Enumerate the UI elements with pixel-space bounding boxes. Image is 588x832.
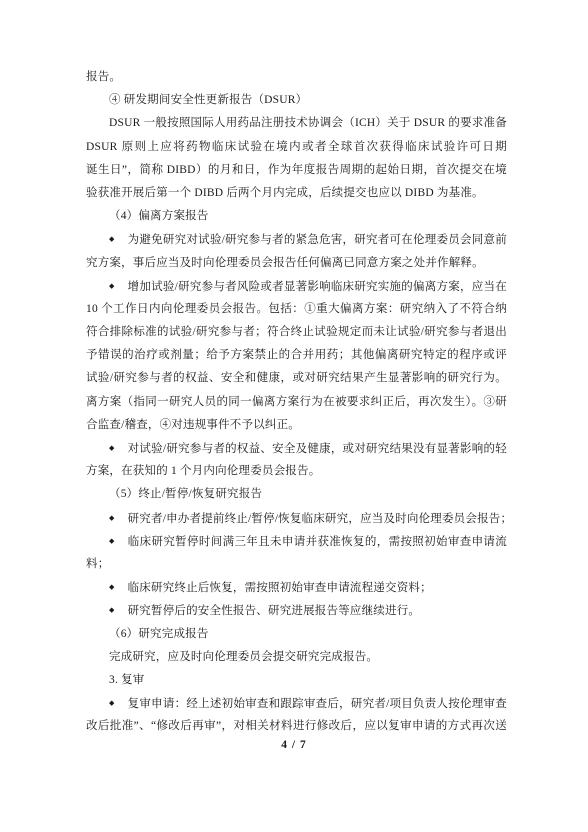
doc-line-text: 对试验/研究参与者的权益、安全及健康，或对研究结果没有显著影响的轻微偏离 xyxy=(86,443,507,460)
doc-line: ◆研究暂停后的安全性报告、研究进展报告等应继续进行。 xyxy=(86,599,507,622)
doc-line: 究方案，事后应当及时向伦理委员会报告任何偏离已同意方案之处并作解释。 xyxy=(86,252,507,275)
document-text-block: 报告。④ 研发期间安全性更新报告（DSUR）DSUR 一般按照国际人用药品注册技… xyxy=(86,66,507,738)
diamond-bullet-icon: ◆ xyxy=(109,507,115,530)
doc-line: ◆复审申请：经上述初始审查和跟踪审查后，研究者/项目负责人按伦理审查意见“修 xyxy=(86,692,507,715)
doc-line-text: 复审申请：经上述初始审查和跟踪审查后，研究者/项目负责人按伦理审查意见“修 xyxy=(86,698,507,715)
doc-line-text: 临床研究暂停时间满三年且未申请并获准恢复的，需按照初始审查申请流程递交资 xyxy=(86,536,507,553)
doc-line: 试验/研究参与者的权益、安全和健康，或对研究结果产生显著影响的研究行为。②持续偏 xyxy=(86,367,507,390)
doc-line-text: 增加试验/研究参与者风险或者显著影响临床研究实施的偏离方案，应当在获知的 xyxy=(86,281,507,298)
doc-line: 验获准开展后第一个 DIBD 后两个月内完成，后续提交也应以 DIBD 为基准。 xyxy=(86,182,507,205)
doc-line: 予错误的治疗或剂量；给予方案禁止的合并用药；其他偏离研究特定的程序或评估，可能对 xyxy=(86,344,507,367)
document-page: 报告。④ 研发期间安全性更新报告（DSUR）DSUR 一般按照国际人用药品注册技… xyxy=(0,0,588,832)
doc-line: 符合排除标准的试验/研究参与者；符合终止试验规定而未让试验/研究参与者退出研究；… xyxy=(86,321,507,344)
doc-line: 完成研究，应及时向伦理委员会提交研究完成报告。 xyxy=(86,646,507,669)
doc-line-text: 研究暂停后的安全性报告、研究进展报告等应继续进行。 xyxy=(128,605,421,617)
doc-line: 10 个工作日内向伦理委员会报告。包括：①重大偏离方案：研究纳入了不符合纳入标准… xyxy=(86,298,507,321)
doc-line: （5）终止/暂停/恢复研究报告 xyxy=(86,483,507,506)
diamond-bullet-icon: ◆ xyxy=(109,692,115,715)
diamond-bullet-icon: ◆ xyxy=(109,530,115,553)
diamond-bullet-icon: ◆ xyxy=(109,228,115,251)
doc-line: 改后批准”、“修改后再审”，对相关材料进行修改后，应以复审申请的方式再次送审，经… xyxy=(86,715,507,738)
doc-line-text: 临床研究终止后恢复，需按照初始审查申请流程递交资料； xyxy=(128,582,432,594)
doc-line: 报告。 xyxy=(86,66,507,89)
doc-line: ◆研究者/申办者提前终止/暂停/恢复临床研究，应当及时向伦理委员会报告； xyxy=(86,507,507,530)
doc-line: 3. 复审 xyxy=(86,669,507,692)
doc-line: DSUR 一般按照国际人用药品注册技术协调会（ICH）关于 DSUR 的要求准备… xyxy=(86,112,507,135)
doc-line: DSUR 原则上应将药物临床试验在境内或者全球首次获得临床试验许可日期（即“国际… xyxy=(86,136,507,159)
doc-line: ◆增加试验/研究参与者风险或者显著影响临床研究实施的偏离方案，应当在获知的 xyxy=(86,275,507,298)
diamond-bullet-icon: ◆ xyxy=(109,576,115,599)
doc-line: 合监查/稽查，④对违规事件不予以纠正。 xyxy=(86,414,507,437)
doc-line: 诞生日”，简称 DIBD）的月和日，作为年度报告周期的起始日期，首次提交在境内临… xyxy=(86,159,507,182)
doc-line: ◆临床研究终止后恢复，需按照初始审查申请流程递交资料； xyxy=(86,576,507,599)
doc-line: 料； xyxy=(86,553,507,576)
page-number: 4 / 7 xyxy=(0,739,588,751)
doc-line: 离方案（指同一研究人员的同一偏离方案行为在被要求纠正后，再次发生）。③研究者不配 xyxy=(86,391,507,414)
doc-line: （6）研究完成报告 xyxy=(86,623,507,646)
doc-line: ◆对试验/研究参与者的权益、安全及健康，或对研究结果没有显著影响的轻微偏离 xyxy=(86,437,507,460)
diamond-bullet-icon: ◆ xyxy=(109,599,115,622)
doc-line: （4）偏离方案报告 xyxy=(86,205,507,228)
doc-line: ◆为避免研究对试验/研究参与者的紧急危害，研究者可在伦理委员会同意前偏离研 xyxy=(86,228,507,251)
doc-line: 方案，在获知的 1 个月内向伦理委员会报告。 xyxy=(86,460,507,483)
diamond-bullet-icon: ◆ xyxy=(109,437,115,460)
doc-line-text: 为避免研究对试验/研究参与者的紧急危害，研究者可在伦理委员会同意前偏离研 xyxy=(86,234,507,251)
doc-line: ◆临床研究暂停时间满三年且未申请并获准恢复的，需按照初始审查申请流程递交资 xyxy=(86,530,507,553)
doc-line: ④ 研发期间安全性更新报告（DSUR） xyxy=(86,89,507,112)
diamond-bullet-icon: ◆ xyxy=(109,275,115,298)
doc-line-text: 研究者/申办者提前终止/暂停/恢复临床研究，应当及时向伦理委员会报告； xyxy=(128,513,507,525)
